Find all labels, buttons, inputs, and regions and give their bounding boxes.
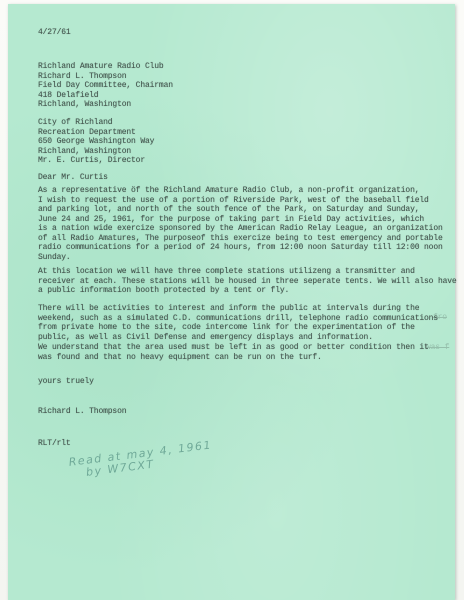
- text-line: 418 Delafield: [38, 91, 173, 101]
- text-line: a public information booth protected by …: [38, 286, 457, 296]
- handwritten-note: Read at may 4, 1961 by W7CXT: [68, 438, 214, 480]
- letter-date: 4/27/61: [38, 28, 71, 38]
- text-line: I wish to request the use of a portion o…: [38, 196, 443, 206]
- text-line: Sunday.: [38, 253, 443, 263]
- erased-text-2: was f: [426, 343, 449, 352]
- complimentary-closing: yours truely: [38, 377, 94, 387]
- text-line: is a nation wide exercize sponsored by t…: [38, 224, 443, 234]
- text-line: Field Day Committee, Chairman: [38, 81, 173, 91]
- text-line: was found and that no heavy equipment ca…: [38, 353, 429, 363]
- text-line: There will be activities to interest and…: [38, 304, 438, 314]
- paragraph-2: At this location we will have three comp…: [38, 267, 457, 296]
- text-line: Richland Amature Radio Club: [38, 62, 173, 72]
- text-line: At this location we will have three comp…: [38, 267, 457, 277]
- typist-reference-initials: RLT/rlt: [38, 439, 71, 449]
- salutation: Dear Mr. Curtis: [38, 173, 108, 183]
- text-line: City of Richland: [38, 118, 154, 128]
- text-line: of all Radio Amatures, The purposeof thi…: [38, 234, 443, 244]
- text-line: Mr. E. Curtis, Director: [38, 156, 154, 166]
- letter-paper: 4/27/61 Richland Amature Radio ClubRicha…: [8, 4, 455, 600]
- text-line: radio communications for a period of 24 …: [38, 243, 443, 253]
- scan-background: 4/27/61 Richland Amature Radio ClubRicha…: [0, 0, 464, 600]
- text-line: Richland, Washington: [38, 147, 154, 157]
- paragraph-4: We understand that the area used must be…: [38, 343, 429, 362]
- text-line: As a representative öf the Richland Amat…: [38, 186, 443, 196]
- text-line: public, as well as Civil Defense and eme…: [38, 333, 438, 343]
- text-line: receiver at each. These stations will be…: [38, 277, 457, 287]
- paragraph-1: As a representative öf the Richland Amat…: [38, 186, 443, 262]
- text-line: We understand that the area used must be…: [38, 343, 429, 353]
- signature-name: Richard L. Thompson: [38, 407, 126, 417]
- text-line: June 24 and 25, 1961, for the purpose of…: [38, 215, 443, 225]
- text-line: and parking lot, and north of the south …: [38, 205, 443, 215]
- paragraph-3: There will be activities to interest and…: [38, 304, 438, 342]
- recipient-address: City of RichlandRecreation Department650…: [38, 118, 154, 166]
- text-line: Richard L. Thompson: [38, 72, 173, 82]
- text-line: Richland, Washington: [38, 100, 173, 110]
- erased-text-1: fro: [433, 313, 447, 322]
- text-line: 650 George Washington Way: [38, 137, 154, 147]
- text-line: weekend, such as a simulated C.D. commun…: [38, 314, 438, 324]
- text-line: Recreation Department: [38, 128, 154, 138]
- text-line: from private home to the site, code inte…: [38, 323, 438, 333]
- sender-address: Richland Amature Radio ClubRichard L. Th…: [38, 62, 173, 110]
